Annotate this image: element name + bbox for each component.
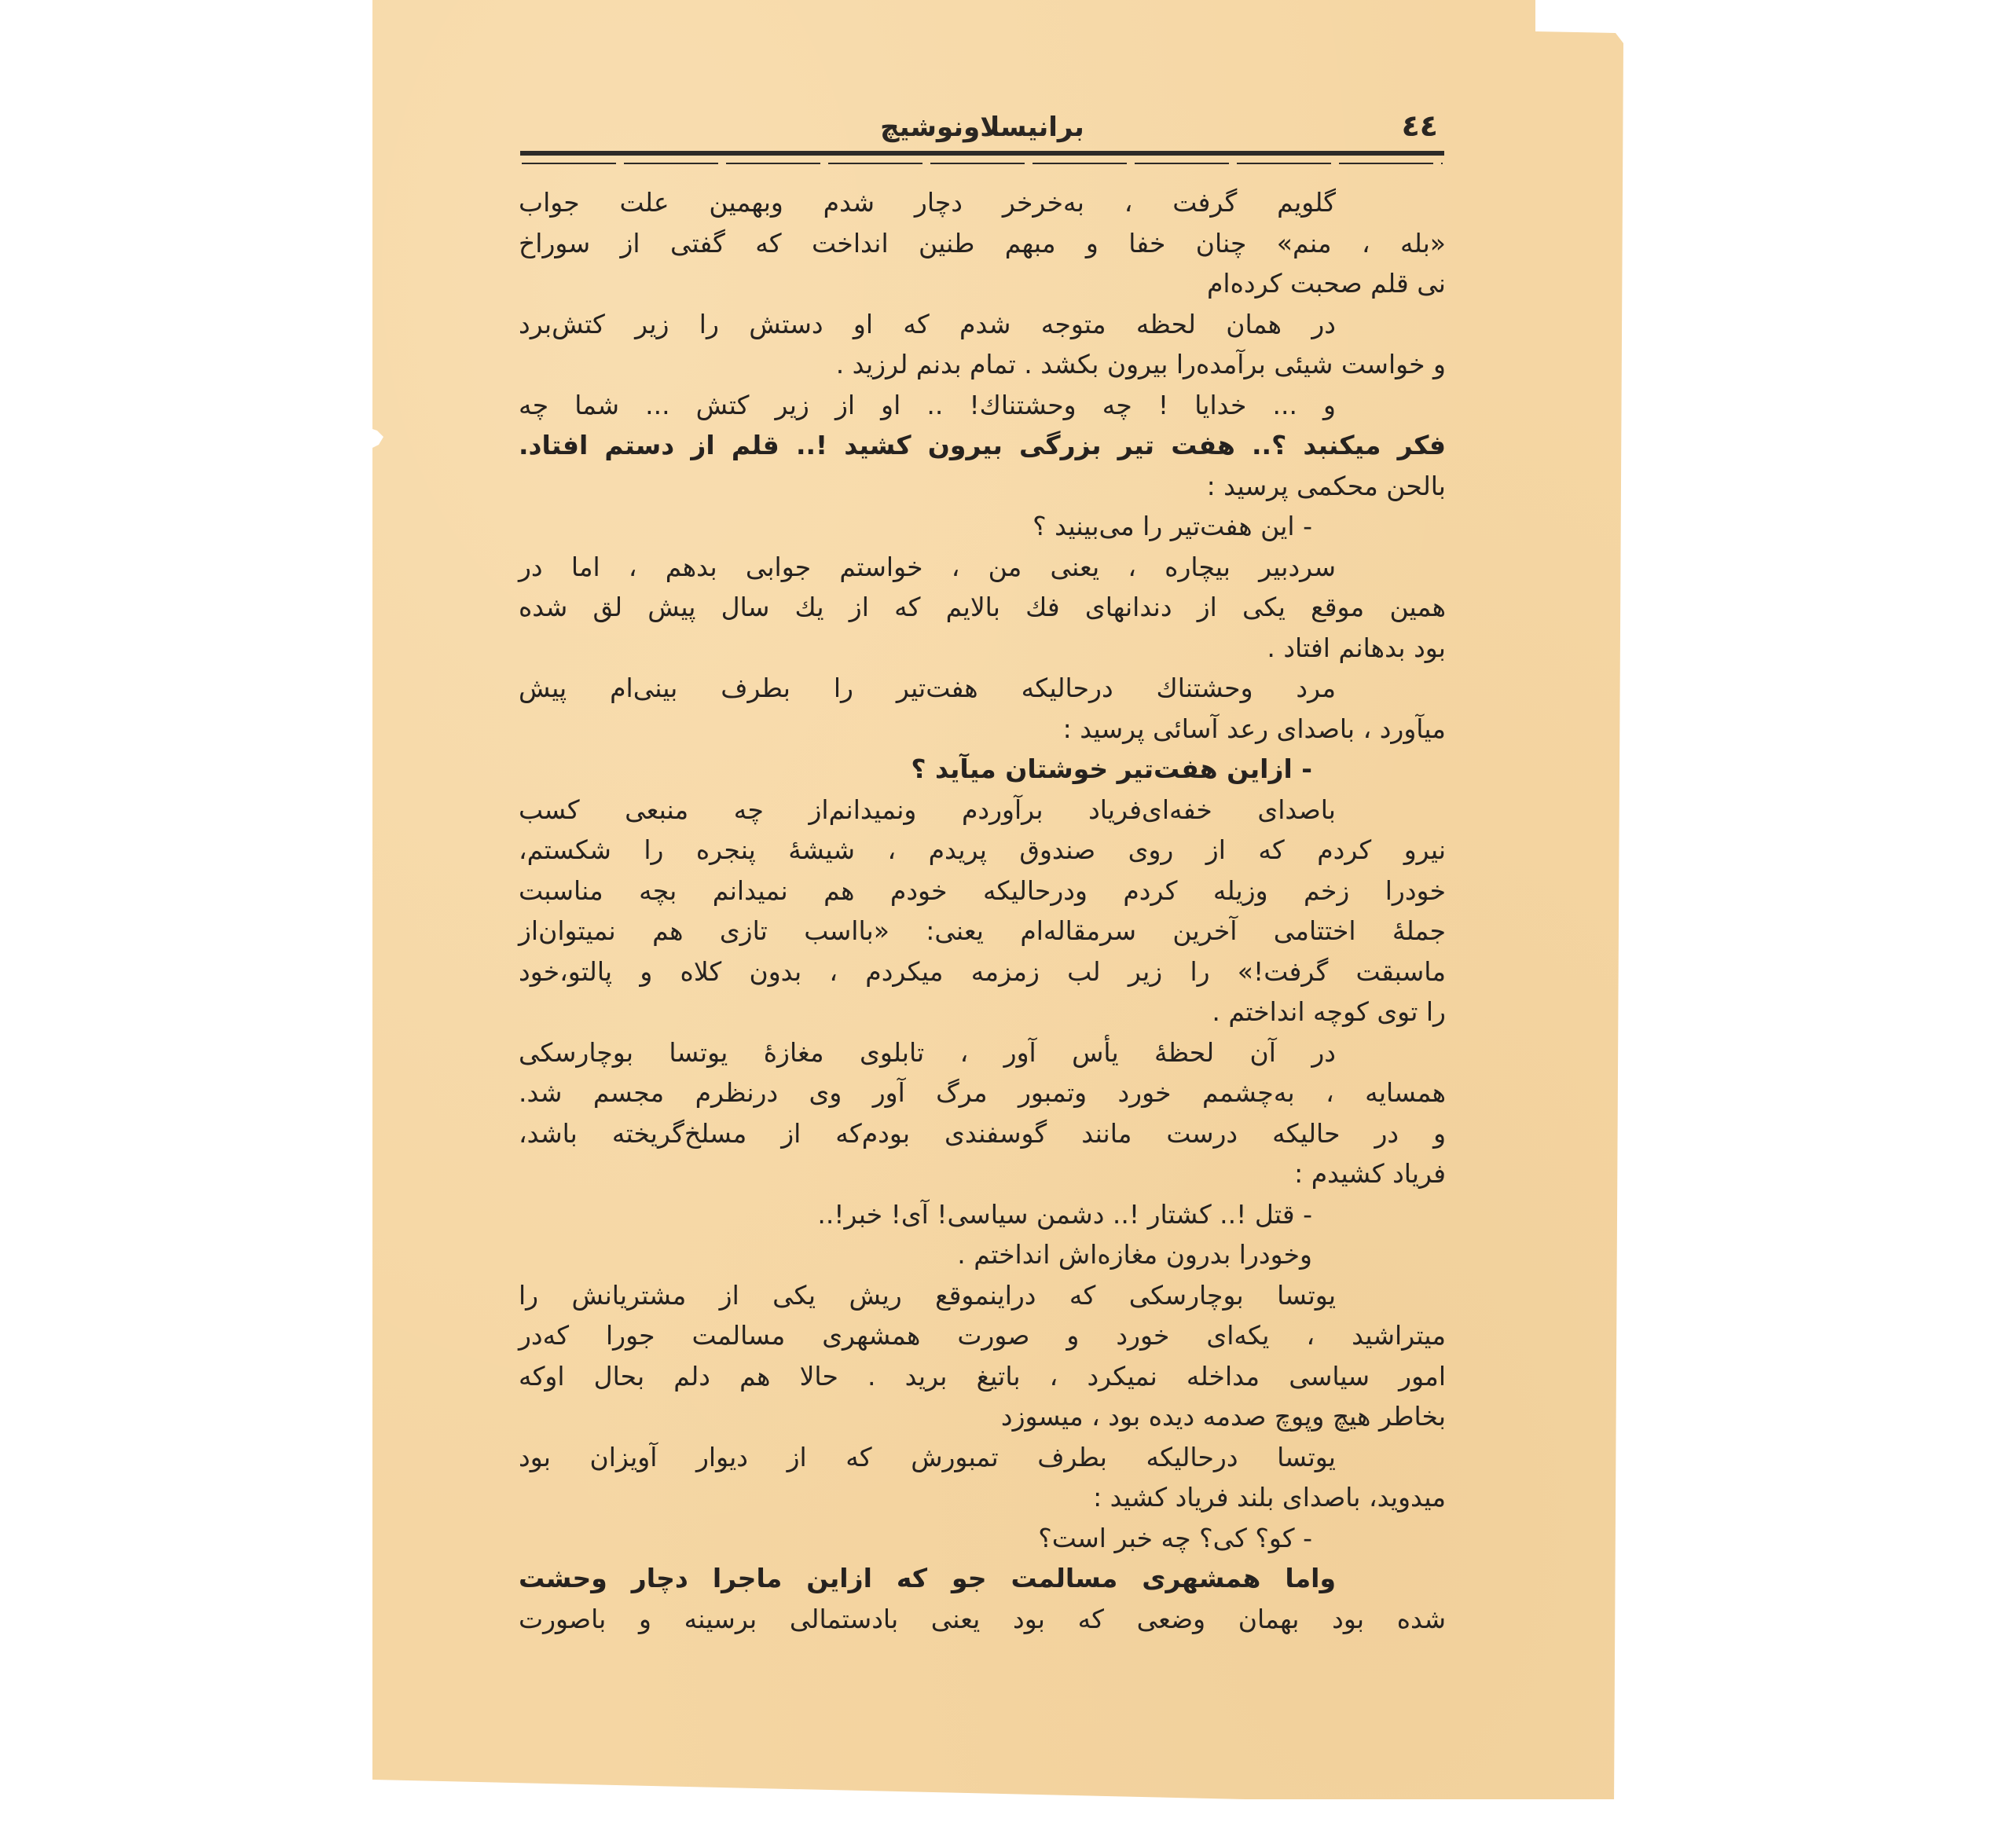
text-line: خودرا زخم وزیله کردم ودرحالیکه خودم هم ن… [519, 871, 1446, 911]
text-line: بود بدهانم افتاد . [519, 628, 1446, 669]
header-rule-thin [522, 163, 1443, 164]
text-line: و در حالیکه درست مانند گوسفندی بودم‌که ا… [519, 1113, 1446, 1154]
dialogue-line: - این هفت‌تیر را می‌بینید ؟ [519, 506, 1446, 547]
text-line: ماسبقت گرفت!» را زیر لب زمزمه میکردم ، ب… [519, 951, 1446, 992]
text-line: همین موقع یکی از دندانهای فك بالایم که ا… [519, 587, 1446, 628]
text-line: نیرو کردم که از روی صندوق پریدم ، شیشهٔ … [519, 830, 1446, 871]
text-line: در همان لحظه متوجه شدم که او دستش را زیر… [519, 304, 1446, 345]
text-line: سردبیر بیچاره ، یعنی من ، خواستم جوابی ب… [519, 547, 1446, 588]
text-line: در آن لحظهٔ یأس آور ، تابلوی مغازهٔ یوتس… [519, 1032, 1446, 1073]
text-line: یوتسا درحالیکه بطرف تمبورش که از دیوار آ… [519, 1437, 1446, 1478]
text-line: وخودرا بدرون مغازه‌اش انداختم . [519, 1234, 1446, 1275]
text-line: باصدای خفه‌ای‌فریاد برآوردم ونمیدانم‌از … [519, 790, 1446, 830]
text-line: فکر میکنبد ؟.. هفت تیر بزرگی بیرون کشید … [519, 425, 1446, 466]
text-line: یوتسا بوچارسکی که دراینموقع ریش یکی از م… [519, 1275, 1446, 1316]
dialogue-line: - ازاین هفت‌تیر خوشتان میآید ؟ [519, 749, 1446, 790]
text-line: واما همشهری مسالمت جو که ازاین ماجرا دچا… [519, 1558, 1446, 1599]
text-line: جملهٔ اختتامی آخرین سرمقاله‌ام یعنی: «با… [519, 911, 1446, 951]
text-line: را توی کوچه انداختم . [519, 992, 1446, 1032]
header-rule-thick [520, 151, 1444, 156]
text-line: میآورد ، باصدای رعد آسائی پرسید : [519, 709, 1446, 750]
dialogue-line: - کو؟ کی؟ چه خبر است؟ [519, 1518, 1446, 1559]
body-text: گلویم گرفت ، به‌خرخر دچار شدم وبهمین علت… [519, 182, 1446, 1639]
text-line: گلویم گرفت ، به‌خرخر دچار شدم وبهمین علت… [519, 182, 1446, 223]
text-line: و ... خدایا ! چه وحشتناك! .. او از زیر ک… [519, 385, 1446, 426]
text-line: «بله ، منم» چنان خفا و مبهم طنین انداخت … [519, 223, 1446, 264]
text-line: امور سیاسی مداخله نمیکرد ، باتیغ برید . … [519, 1356, 1446, 1397]
text-line: مرد وحشتناك درحالیکه هفت‌تیر را بطرف بین… [519, 668, 1446, 709]
text-line: بخاطر هیچ وپوچ صدمه دیده بود ، میسوزد [519, 1396, 1446, 1437]
text-line: بالحن محکمی پرسید : [519, 466, 1446, 507]
text-line: و خواست شیئی برآمده‌را بیرون بکشد . تمام… [519, 344, 1446, 385]
page-header: ٤٤ برانیسلاونوشیچ [519, 102, 1446, 149]
text-line: شده بود بهمان وضعی که بود یعنی بادستمالی… [519, 1599, 1446, 1640]
running-title: برانیسلاونوشیچ [519, 112, 1446, 143]
text-line: میتراشید ، یکه‌ای خورد و صورت همشهری مسا… [519, 1315, 1446, 1356]
text-line: همسایه ، به‌چشمم خورد وتمبور مرگ آور وی … [519, 1072, 1446, 1113]
dialogue-line: - قتل !.. کشتار !.. دشمن سیاسی! آی! خبر!… [519, 1194, 1446, 1235]
text-line: میدوید، باصدای بلند فریاد کشید : [519, 1477, 1446, 1518]
text-line: فریاد کشیدم : [519, 1153, 1446, 1194]
text-line: نی قلم صحبت کرده‌ام [519, 263, 1446, 304]
